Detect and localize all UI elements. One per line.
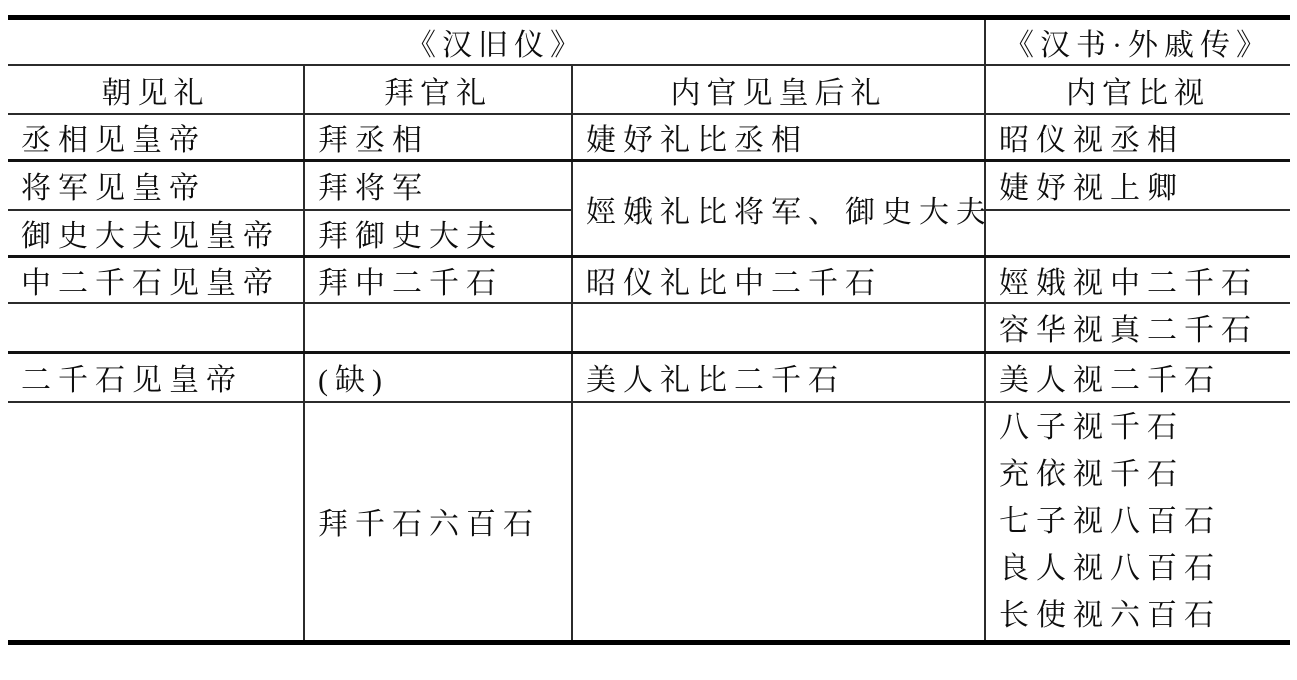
table-row-jiangjun: 将军见皇帝 拜将军 娙娥礼比将军、御史大夫 婕妤视上卿 (8, 161, 1290, 210)
cell-r1-baiguan: 拜丞相 (304, 114, 572, 161)
cell-r2-chaojian: 将军见皇帝 (8, 161, 304, 210)
cell-r6-neiguan-jian: 美人礼比二千石 (572, 352, 985, 402)
cell-r3-baiguan: 拜御史大夫 (304, 210, 572, 257)
cell-r6-chaojian: 二千石见皇帝 (8, 352, 304, 402)
source-header-hanjiuyi: 《汉旧仪》 (8, 18, 985, 66)
cell-r4-neiguan-bishi: 娙娥视中二千石 (985, 257, 1290, 304)
list-item-chongyi: 充依视千石 (999, 451, 1290, 498)
scanned-book-page: 《汉旧仪》 《汉书·外戚传》 朝见礼 拜官礼 内官见皇后礼 内官比视 丞相见皇帝… (0, 0, 1297, 680)
cell-r1-chaojian: 丞相见皇帝 (8, 114, 304, 161)
cell-r1-neiguan-bishi: 昭仪视丞相 (985, 114, 1290, 161)
col-header-neiguan-bishi: 内官比视 (985, 65, 1290, 114)
column-header-row: 朝见礼 拜官礼 内官见皇后礼 内官比视 (8, 65, 1290, 114)
list-item-changshi: 长使视六百石 (999, 592, 1290, 639)
source-header-hanshu-waiqizhuan: 《汉书·外戚传》 (985, 18, 1290, 66)
cell-r5-chaojian-empty (8, 303, 304, 352)
cell-r7-chaojian-empty (8, 402, 304, 642)
cell-r7-neiguan-bishi-list: 八子视千石 充依视千石 七子视八百石 良人视八百石 长使视六百石 (985, 402, 1290, 642)
cell-r3-neiguan-bishi-empty (985, 210, 1290, 257)
cell-r5-baiguan-empty (304, 303, 572, 352)
ritual-comparison-table: 《汉旧仪》 《汉书·外戚传》 朝见礼 拜官礼 内官见皇后礼 内官比视 丞相见皇帝… (8, 15, 1290, 645)
cell-r2r3-neiguan-jian-merged: 娙娥礼比将军、御史大夫 (572, 161, 985, 257)
cell-r5-neiguan-jian-empty (572, 303, 985, 352)
cell-r2-baiguan: 拜将军 (304, 161, 572, 210)
cell-r5-neiguan-bishi: 容华视真二千石 (985, 303, 1290, 352)
cell-r2-neiguan-bishi: 婕妤视上卿 (985, 161, 1290, 210)
table-row-erqianshi: 二千石见皇帝 (缺) 美人礼比二千石 美人视二千石 (8, 352, 1290, 402)
table-row-zhongerqianshi: 中二千石见皇帝 拜中二千石 昭仪礼比中二千石 娙娥视中二千石 (8, 257, 1290, 304)
cell-r7-baiguan: 拜千石六百石 (304, 402, 572, 642)
cell-r4-baiguan: 拜中二千石 (304, 257, 572, 304)
cell-r6-neiguan-bishi: 美人视二千石 (985, 352, 1290, 402)
cell-r1-neiguan-jian: 婕妤礼比丞相 (572, 114, 985, 161)
table-row-qianshi-liubaishi: 拜千石六百石 八子视千石 充依视千石 七子视八百石 良人视八百石 长使视六百石 (8, 402, 1290, 642)
table-row-chengxiang: 丞相见皇帝 拜丞相 婕妤礼比丞相 昭仪视丞相 (8, 114, 1290, 161)
list-item-liangren: 良人视八百石 (999, 545, 1290, 592)
cell-r3-chaojian: 御史大夫见皇帝 (8, 210, 304, 257)
table-row-ronghua: 容华视真二千石 (8, 303, 1290, 352)
col-header-chaojianli: 朝见礼 (8, 65, 304, 114)
col-header-baiguanli: 拜官礼 (304, 65, 572, 114)
cell-r4-neiguan-jian: 昭仪礼比中二千石 (572, 257, 985, 304)
source-header-row: 《汉旧仪》 《汉书·外戚传》 (8, 18, 1290, 66)
cell-r7-neiguan-jian-empty (572, 402, 985, 642)
list-item-bazi: 八子视千石 (999, 404, 1290, 451)
list-item-qizi: 七子视八百石 (999, 498, 1290, 545)
cell-r6-baiguan-que: (缺) (304, 352, 572, 402)
col-header-neiguan-jian-huanghou-li: 内官见皇后礼 (572, 65, 985, 114)
cell-r4-chaojian: 中二千石见皇帝 (8, 257, 304, 304)
